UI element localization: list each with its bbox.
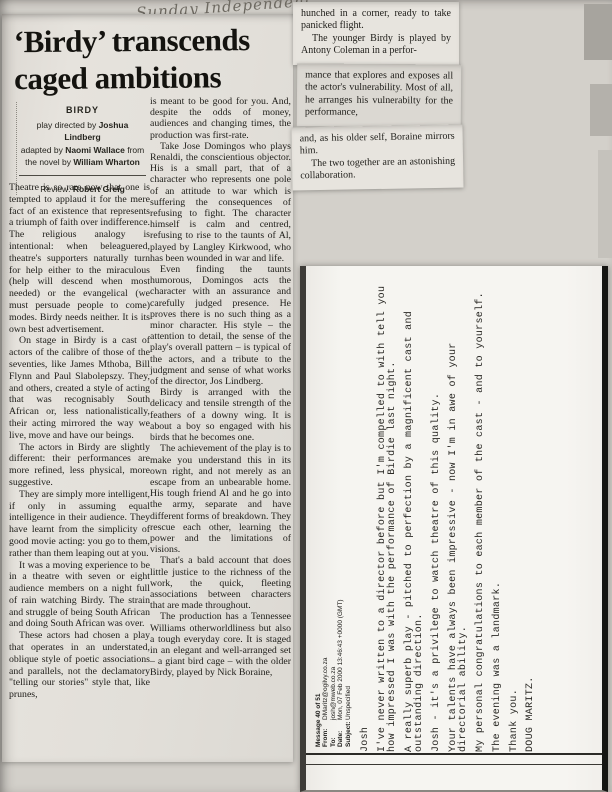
article-paragraph: Birdy is arranged with the delicacy and … (150, 387, 291, 443)
fragment-paragraph: and, as his older self, Boraine mirrors … (300, 131, 455, 159)
newspaper-clipping: ‘Birdy’ transcends caged ambitions BIRDY… (2, 14, 293, 762)
article-paragraph: On stage in Birdy is a cast of actors of… (9, 335, 150, 441)
fragment-paragraph: mance that explores and exposes all the … (305, 69, 453, 120)
article-headline: ‘Birdy’ transcends caged ambitions (14, 21, 287, 97)
article-paragraph: The actors in Birdy are slightly differe… (9, 442, 150, 489)
fragment-paragraph: The two together are an astonishing coll… (300, 155, 455, 183)
fax-body-paragraph: I've never written to a director before … (378, 274, 398, 752)
byline-adapter: adapted by Naomi Wallace from (19, 144, 146, 157)
fax-header-row-to: To:josh@mweb.co.za (330, 274, 337, 747)
byline-novelist: the novel by William Wharton (19, 156, 146, 169)
article-paragraph: The production has a Tennessee Williams … (150, 611, 291, 678)
fax-salutation: Josh (361, 274, 371, 752)
fax-margin-rule (306, 753, 602, 755)
fax-body-paragraph: Thank you. (510, 274, 520, 752)
play-title: BIRDY (19, 104, 146, 117)
fragment-paragraph: hunched in a corner, ready to take panic… (301, 8, 451, 33)
article-paragraph: Even finding the taunts humorous, Doming… (150, 264, 291, 387)
fragment-paragraph: The younger Birdy is played by Antony Co… (301, 33, 451, 58)
clipping-edge-fragment (590, 84, 612, 136)
fax-body-paragraph: A really superb play - pitched to perfec… (405, 274, 425, 752)
fax-body-paragraph: My personal congratulations to each memb… (476, 274, 486, 752)
fax-body-paragraph: Josh - it's a privilege to watch theatre… (432, 274, 442, 752)
clipping-fragment-1: hunched in a corner, ready to take panic… (293, 2, 459, 65)
fax-message-index: Message 40 of 51 (315, 274, 322, 747)
fax-header-block: Message 40 of 51 From:DMaritz@ogilvy.co.… (315, 274, 352, 747)
fax-margin-rule (306, 764, 602, 765)
article-column-middle: is meant to be good for you. And, despit… (150, 96, 291, 679)
article-paragraph: Take Jose Domingos who plays Renaldi, th… (150, 141, 291, 264)
article-paragraph: It was a moving experience to be in a th… (9, 560, 150, 631)
fax-signature: DOUG MARITZ. (526, 274, 536, 752)
byline-director: play directed by Joshua Lindberg (19, 119, 146, 144)
article-column-left: Theatre is so rare now that one is tempt… (9, 182, 150, 701)
article-paragraph: The achievement of the play is to make y… (150, 443, 291, 555)
clipping-fragment-3: and, as his older self, Boraine mirrors … (291, 125, 463, 191)
fax-header-row-from: From:DMaritz@ogilvy.co.za (322, 274, 329, 747)
fax-content: Message 40 of 51 From:DMaritz@ogilvy.co.… (315, 274, 600, 752)
fax-email-clipping: Message 40 of 51 From:DMaritz@ogilvy.co.… (300, 266, 608, 792)
fax-header-row-date: Date:Mon, 07 Feb 2000 13:46:43 +0000 (GM… (337, 274, 344, 747)
fax-body-paragraph: Your talents have always been impressive… (449, 274, 469, 752)
article-paragraph: That's a bald account that does little j… (150, 555, 291, 611)
article-paragraph: They are simply more intelligent, if onl… (9, 489, 150, 560)
fax-body-paragraph: The evening was a landmark. (493, 274, 503, 752)
fax-header-row-subject: Subject:Unspecified (345, 274, 352, 747)
article-paragraph: Theatre is so rare now that one is tempt… (9, 182, 150, 335)
clipping-edge-fragment (584, 4, 612, 60)
article-paragraph: is meant to be good for you. And, despit… (150, 96, 291, 141)
scanned-page: { "scan": { "handwritten_note": "Sunday … (0, 0, 612, 792)
clipping-fragment-2: mance that explores and exposes all the … (297, 63, 461, 127)
article-paragraph: These actors had chosen a play that oper… (9, 630, 150, 701)
fax-page-rotated: Message 40 of 51 From:DMaritz@ogilvy.co.… (300, 266, 608, 792)
clipping-edge-fragment (598, 150, 612, 258)
